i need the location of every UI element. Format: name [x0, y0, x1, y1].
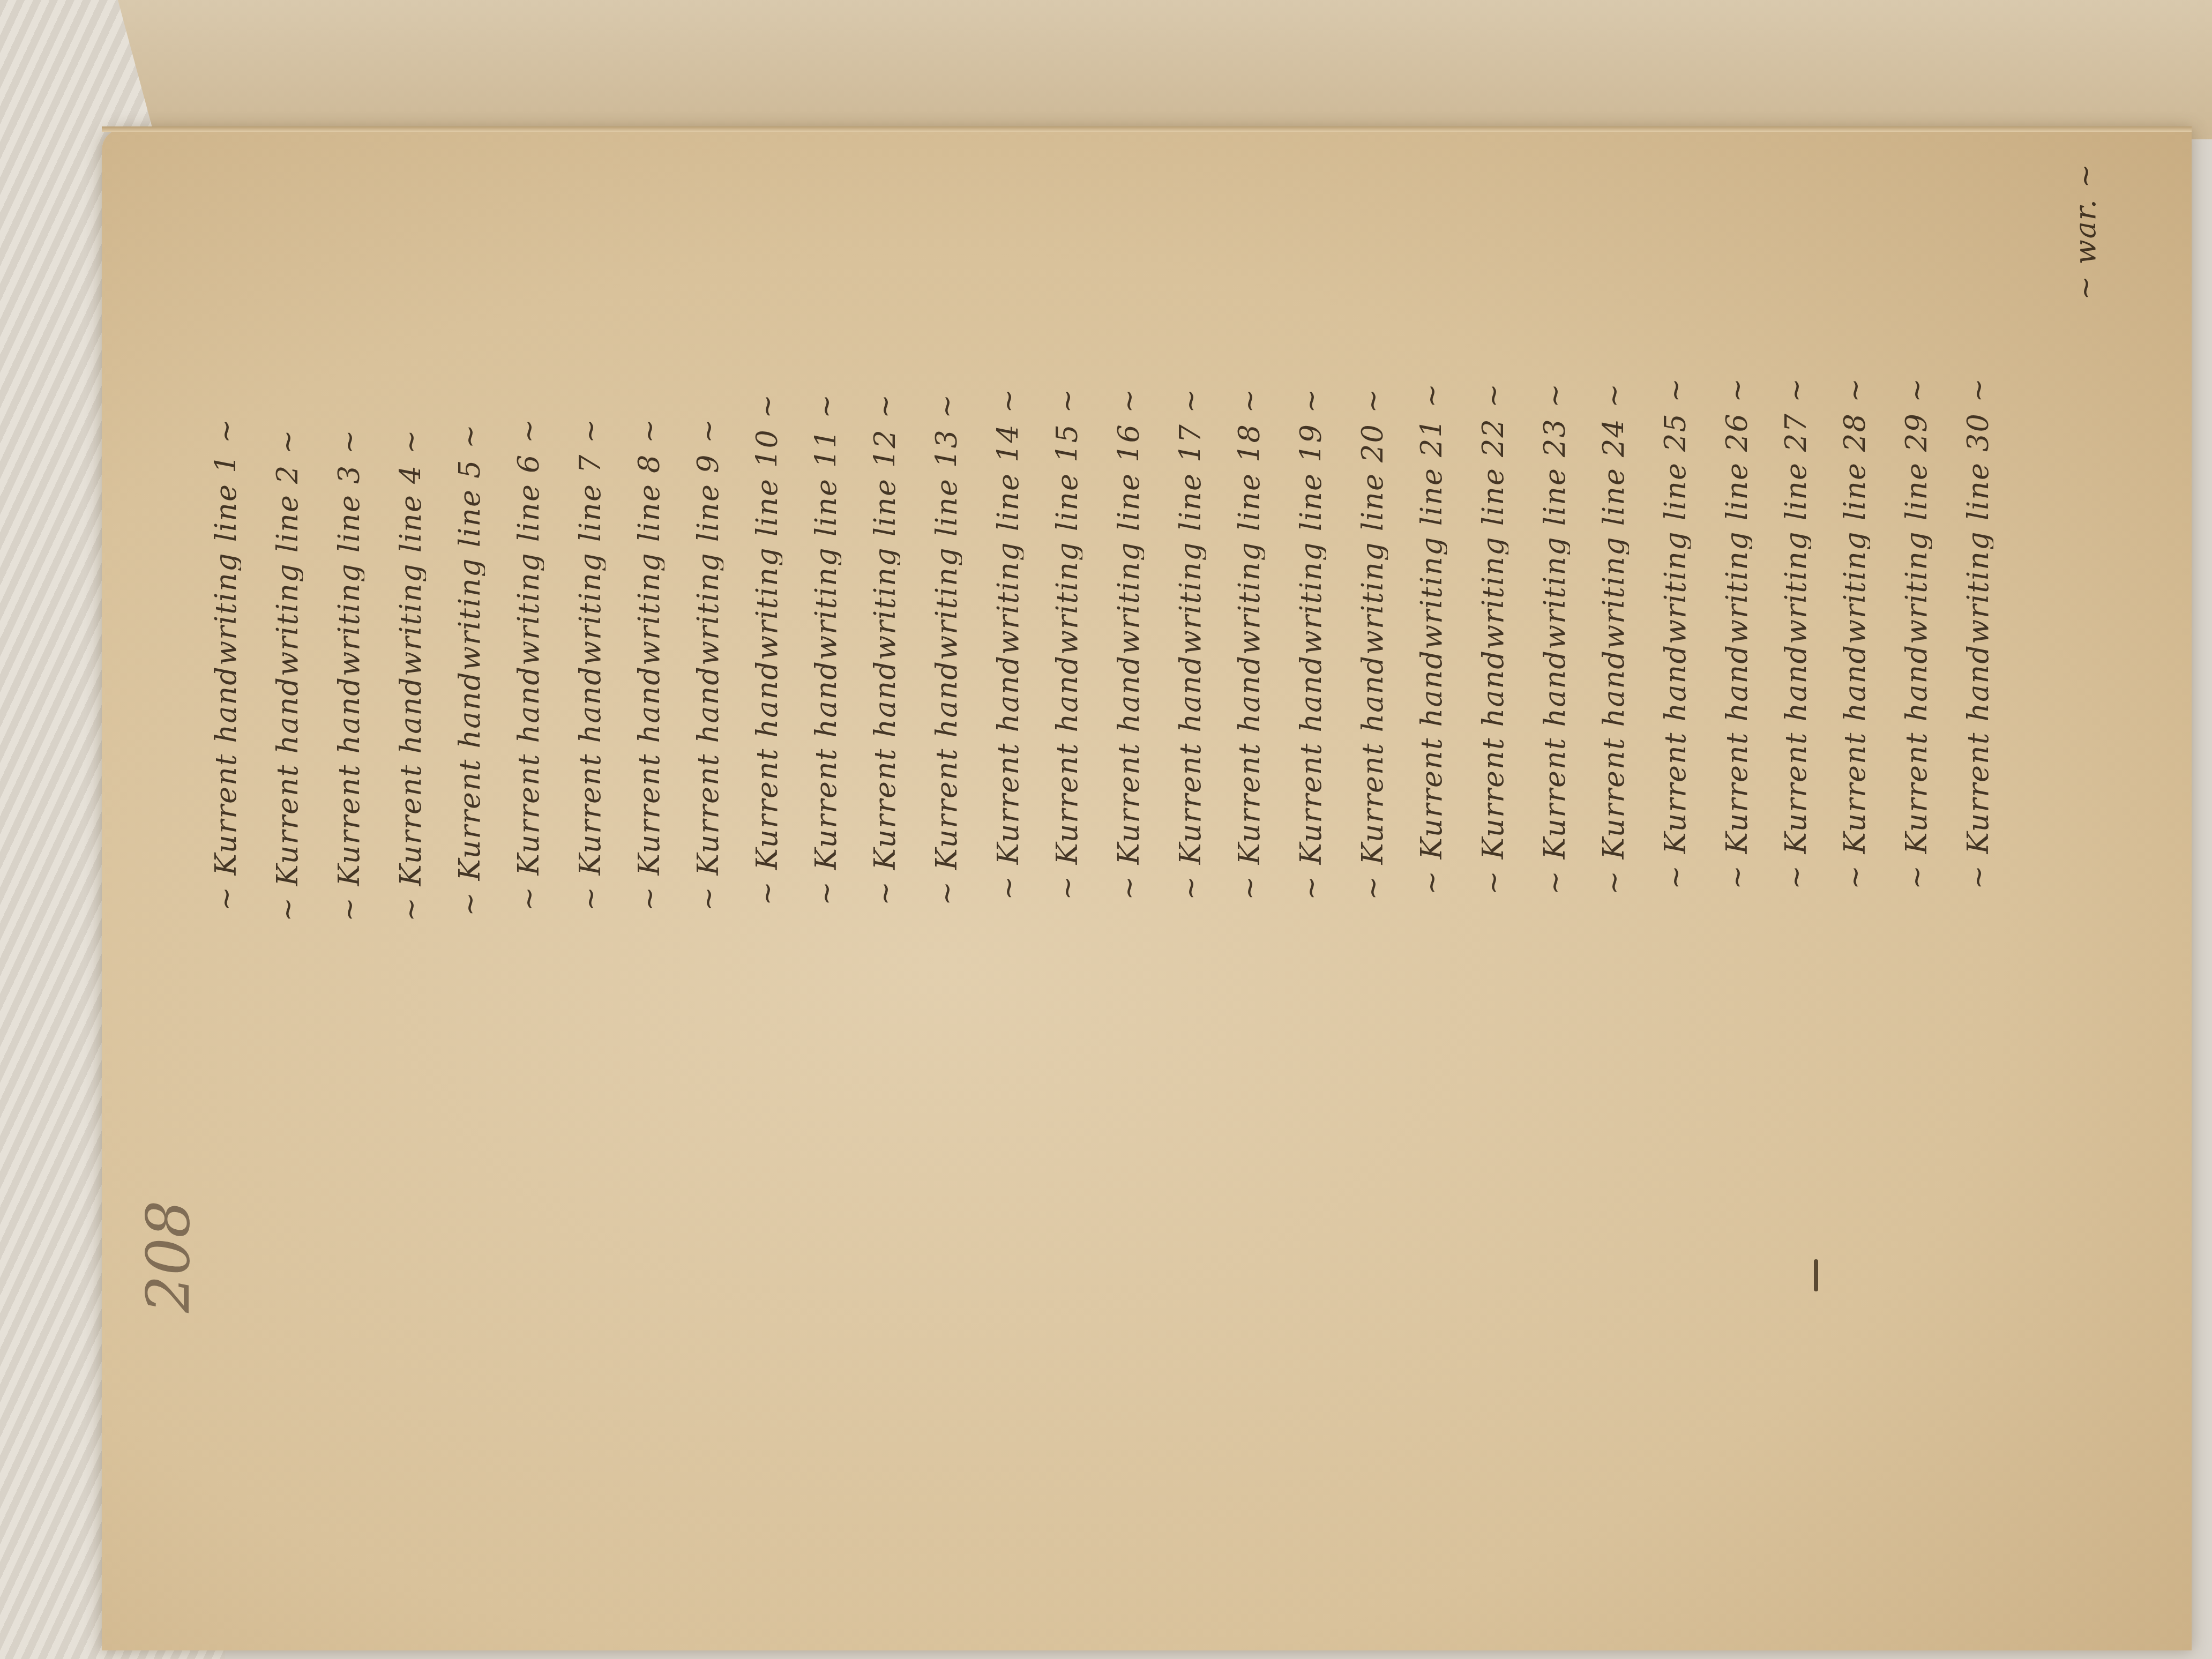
handwritten-line: ~ Kurrent handwriting line 13 ~: [930, 161, 962, 906]
handwritten-line: ~ Kurrent handwriting line 11 ~: [809, 161, 841, 906]
handwritten-line: ~ Kurrent handwriting line 15 ~: [1050, 161, 1082, 900]
handwritten-line: ~ Kurrent handwriting line 21 ~: [1415, 161, 1447, 895]
handwritten-line: ~ Kurrent handwriting line 5 ~: [453, 161, 485, 916]
handwritten-line: ~ Kurrent handwriting line 8 ~: [632, 161, 664, 911]
handwritten-line: ~ Kurrent handwriting line 20 ~: [1356, 161, 1388, 900]
handwritten-line: ~ Kurrent handwriting line 23 ~: [1538, 161, 1570, 895]
page-crease: [102, 126, 2192, 132]
handwritten-line: ~ Kurrent handwriting line 25 ~: [1658, 161, 1691, 890]
handwritten-line: ~ Kurrent handwriting line 6 ~: [512, 161, 544, 911]
handwritten-line: ~ Kurrent handwriting line 4 ~: [394, 161, 426, 922]
handwritten-line: ~ Kurrent handwriting line 10 ~: [750, 161, 782, 906]
page-number: 208: [134, 1136, 198, 1313]
handwritten-line: ~ Kurrent handwriting line 30 ~: [1961, 161, 1993, 890]
handwritten-line: ~ Kurrent handwriting line 22 ~: [1476, 161, 1508, 895]
handwritten-line: ~ Kurrent handwriting line 9 ~: [691, 161, 723, 911]
facing-page-fold: [86, 0, 2212, 139]
handwritten-line: ~ Kurrent handwriting line 7 ~: [573, 161, 606, 911]
handwritten-line: ~ Kurrent handwriting line 1 ~: [209, 161, 241, 911]
handwritten-line: ~ Kurrent handwriting line 18 ~: [1232, 161, 1265, 900]
ink-mark: [1814, 1259, 1818, 1291]
handwritten-line: ~ Kurrent handwriting line 2 ~: [271, 161, 303, 922]
handwritten-line: ~ Kurrent handwriting line 16 ~: [1112, 161, 1144, 900]
handwritten-line: ~ Kurrent handwriting line 14 ~: [991, 161, 1023, 900]
handwritten-line: ~ Kurrent handwriting line 29 ~: [1900, 161, 1932, 890]
handwritten-line: ~ Kurrent handwriting line 3 ~: [332, 161, 364, 922]
handwritten-line: ~ Kurrent handwriting line 27 ~: [1779, 161, 1811, 890]
handwritten-line: ~ Kurrent handwriting line 24 ~: [1597, 161, 1629, 895]
handwritten-line: ~ Kurrent handwriting line 19 ~: [1294, 161, 1326, 900]
handwritten-line: ~ Kurrent handwriting line 17 ~: [1174, 161, 1206, 900]
handwritten-line: ~ Kurrent handwriting line 28 ~: [1838, 161, 1870, 890]
handwritten-line: ~ Kurrent handwriting line 12 ~: [868, 161, 900, 906]
handwritten-line: ~ war. ~: [2068, 161, 2101, 300]
handwritten-line: ~ Kurrent handwriting line 26 ~: [1720, 161, 1752, 890]
